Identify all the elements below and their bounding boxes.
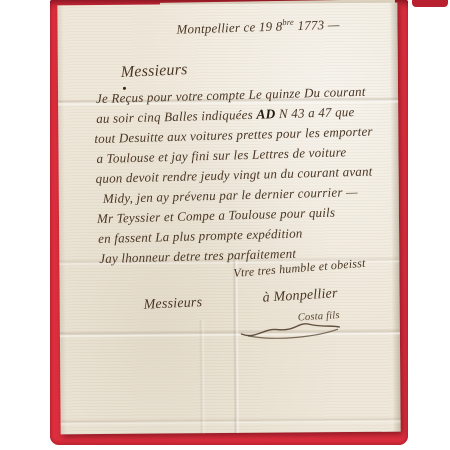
paper-right-edge-shadow (389, 3, 400, 432)
fold-crease-horizontal-3 (60, 329, 400, 339)
letter-paper: Montpellier ce 19 8bre 1773 — Messieurs … (57, 3, 400, 435)
letter-line-7: Mr Teyssier et Compe a Toulouse pour qui… (97, 205, 336, 227)
dateline-post: 1773 — (294, 17, 340, 33)
letter-line-3: tout Desuitte aux voitures prettes pour … (94, 124, 373, 148)
letter-line-6: Midy, jen ay prévenu par le dernier cour… (103, 184, 358, 207)
letter-line-2-post: N 43 a 47 que (275, 104, 354, 121)
paper-left-edge-shadow (57, 5, 66, 434)
dateline: Montpellier ce 19 8bre 1773 — (176, 15, 340, 37)
letter-line-8: en fassent La plus prompte expédition (98, 226, 303, 248)
dateline-superscript: bre (282, 17, 294, 27)
closing-messieurs: Messieurs (143, 295, 202, 313)
letter-line-2: au soir cinq Balles indiquées AD N 43 a … (96, 104, 355, 127)
fold-crease-vertical-2 (199, 320, 206, 433)
letter-photo[interactable]: Montpellier ce 19 8bre 1773 — Messieurs … (50, 0, 408, 445)
page-background: Montpellier ce 19 8bre 1773 — Messieurs … (0, 0, 450, 450)
adjacent-photo-fragment (412, 0, 448, 7)
closing-place: à Monpellier (262, 286, 338, 306)
salutation: Messieurs (120, 61, 187, 82)
letter-line-5: quon devoit rendre jeudy vingt un du cou… (95, 164, 372, 187)
signature-flourish (238, 317, 343, 342)
letter-line-2-pre: au soir cinq Balles indiquées (96, 107, 257, 126)
letter-line-4: a Toulouse et jay fini sur les Lettres d… (96, 144, 346, 167)
bale-mark-AD: AD (256, 106, 276, 122)
fold-crease-horizontal-4 (61, 417, 401, 427)
dateline-pre: Montpellier ce 19 8 (176, 19, 282, 37)
